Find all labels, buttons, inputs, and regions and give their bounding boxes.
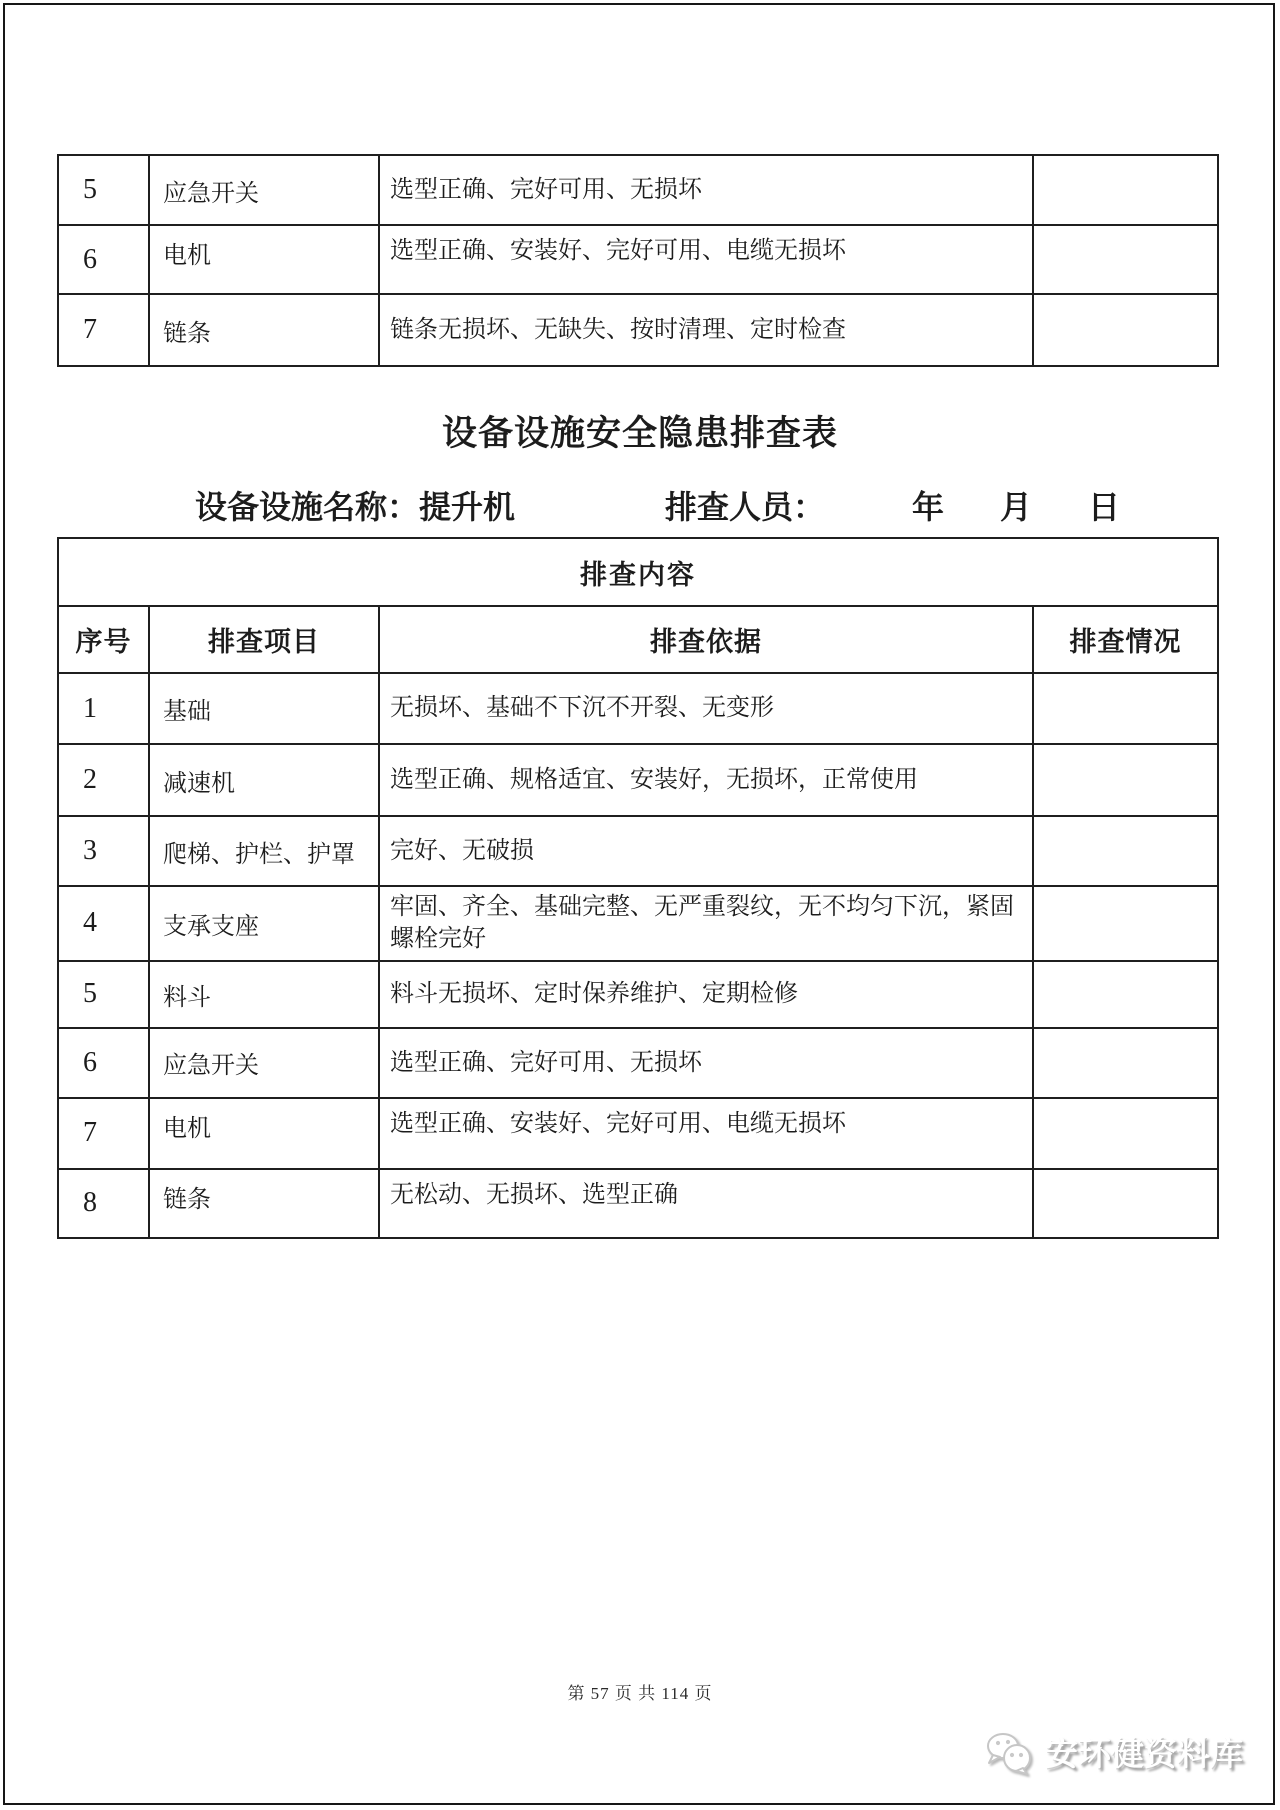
watermark: 安环健资料库: [983, 1732, 1243, 1776]
item-cell: 基础: [149, 673, 379, 744]
document-title: 设备设施安全隐患排查表: [0, 406, 1280, 456]
status-cell: [1033, 155, 1218, 225]
column-header-item: 排查项目: [149, 606, 379, 673]
status-cell: [1033, 744, 1218, 816]
item-cell: 应急开关: [149, 1028, 379, 1098]
item-cell: 支承支座: [149, 886, 379, 961]
table-row: 排查内容: [58, 538, 1218, 606]
item-cell: 链条: [149, 294, 379, 366]
item-cell: 料斗: [149, 961, 379, 1028]
table-row: 3 爬梯、护栏、护罩 完好、无破损: [58, 816, 1218, 886]
status-cell: [1033, 816, 1218, 886]
inspection-table: 排查内容 序号 排查项目 排查依据 排查情况 1 基础 无损坏、基础不下沉不开裂…: [57, 537, 1219, 1239]
basis-cell: 牢固、齐全、基础完整、无严重裂纹，无不均匀下沉，紧固螺栓完好: [379, 886, 1033, 961]
column-header-serial: 序号: [58, 606, 149, 673]
table-row: 6 电机 选型正确、安装好、完好可用、电缆无损坏: [58, 225, 1218, 294]
inspector-label: 排查人员：: [665, 482, 825, 528]
device-name-label: 设备设施名称：提升机: [195, 482, 515, 528]
status-cell: [1033, 1028, 1218, 1098]
table-row: 7 链条 链条无损坏、无缺失、按时清理、定时检查: [58, 294, 1218, 366]
serial-cell: 8: [58, 1169, 149, 1238]
table-row: 4 支承支座 牢固、齐全、基础完整、无严重裂纹，无不均匀下沉，紧固螺栓完好: [58, 886, 1218, 961]
status-cell: [1033, 1098, 1218, 1169]
serial-cell: 5: [58, 961, 149, 1028]
status-cell: [1033, 225, 1218, 294]
watermark-text: 安环健资料库: [1045, 1732, 1243, 1776]
table-row: 5 应急开关 选型正确、完好可用、无损坏: [58, 155, 1218, 225]
item-cell: 电机: [149, 225, 379, 294]
basis-cell: 选型正确、安装好、完好可用、电缆无损坏: [379, 1098, 1033, 1169]
top-table: 5 应急开关 选型正确、完好可用、无损坏 6 电机 选型正确、安装好、完好可用、…: [57, 154, 1219, 367]
status-cell: [1033, 961, 1218, 1028]
serial-cell: 6: [58, 225, 149, 294]
basis-cell: 无松动、无损坏、选型正确: [379, 1169, 1033, 1238]
status-cell: [1033, 886, 1218, 961]
table-row: 6 应急开关 选型正确、完好可用、无损坏: [58, 1028, 1218, 1098]
table-row: 2 减速机 选型正确、规格适宜、安装好，无损坏，正常使用: [58, 744, 1218, 816]
table-row: 5 料斗 料斗无损坏、定时保养维护、定期检修: [58, 961, 1218, 1028]
document-page: 5 应急开关 选型正确、完好可用、无损坏 6 电机 选型正确、安装好、完好可用、…: [0, 0, 1280, 1810]
serial-cell: 7: [58, 1098, 149, 1169]
item-cell: 爬梯、护栏、护罩: [149, 816, 379, 886]
basis-cell: 选型正确、完好可用、无损坏: [379, 1028, 1033, 1098]
basis-cell: 无损坏、基础不下沉不开裂、无变形: [379, 673, 1033, 744]
table-row: 1 基础 无损坏、基础不下沉不开裂、无变形: [58, 673, 1218, 744]
status-cell: [1033, 294, 1218, 366]
item-cell: 应急开关: [149, 155, 379, 225]
date-label: 年 月 日: [912, 482, 1120, 528]
table-row: 8 链条 无松动、无损坏、选型正确: [58, 1169, 1218, 1238]
basis-cell: 链条无损坏、无缺失、按时清理、定时检查: [379, 294, 1033, 366]
serial-cell: 6: [58, 1028, 149, 1098]
serial-cell: 2: [58, 744, 149, 816]
serial-cell: 5: [58, 155, 149, 225]
serial-cell: 7: [58, 294, 149, 366]
status-cell: [1033, 1169, 1218, 1238]
subtitle-line: 设备设施名称：提升机 排查人员： 年 月 日: [0, 482, 1280, 522]
serial-cell: 3: [58, 816, 149, 886]
chat-bubbles-icon: [983, 1732, 1037, 1776]
basis-cell: 选型正确、完好可用、无损坏: [379, 155, 1033, 225]
status-cell: [1033, 673, 1218, 744]
basis-cell: 选型正确、安装好、完好可用、电缆无损坏: [379, 225, 1033, 294]
column-header-basis: 排查依据: [379, 606, 1033, 673]
basis-cell: 选型正确、规格适宜、安装好，无损坏，正常使用: [379, 744, 1033, 816]
table-header-row: 序号 排查项目 排查依据 排查情况: [58, 606, 1218, 673]
item-cell: 减速机: [149, 744, 379, 816]
table-row: 7 电机 选型正确、安装好、完好可用、电缆无损坏: [58, 1098, 1218, 1169]
serial-cell: 1: [58, 673, 149, 744]
column-header-status: 排查情况: [1033, 606, 1218, 673]
serial-cell: 4: [58, 886, 149, 961]
page-number: 第 57 页 共 114 页: [0, 1679, 1280, 1704]
group-header-cell: 排查内容: [58, 538, 1218, 606]
item-cell: 链条: [149, 1169, 379, 1238]
item-cell: 电机: [149, 1098, 379, 1169]
basis-cell: 料斗无损坏、定时保养维护、定期检修: [379, 961, 1033, 1028]
basis-cell: 完好、无破损: [379, 816, 1033, 886]
